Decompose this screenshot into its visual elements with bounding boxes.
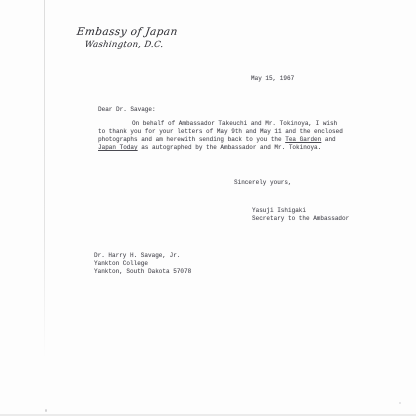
- underlined-publication-title: Tea Garden: [285, 136, 321, 143]
- body-line-4: Japan Today as autographed by the Ambass…: [98, 144, 343, 152]
- scan-artifact-speck: [45, 409, 47, 412]
- letterhead-city: Washington, D.C.: [84, 40, 164, 50]
- body-line-1: On behalf of Ambassador Takeuchi and Mr.…: [98, 120, 343, 128]
- body-text-segment: On behalf of Ambassador Takeuchi and Mr.…: [132, 120, 337, 127]
- recipient-city-state-zip: Yankton, South Dakota 57078: [94, 268, 191, 276]
- signature-name: Yasuji Ishigaki: [252, 207, 306, 215]
- body-line-3: photographs and am herewith sending back…: [98, 136, 343, 144]
- body-text-segment: to thank you for your letters of May 9th…: [98, 128, 343, 135]
- scan-artifact-speck: [399, 402, 401, 404]
- recipient-institution: Yankton College: [94, 260, 148, 268]
- letter-date: May 15, 1967: [251, 75, 294, 83]
- paper-edge-shadow: [44, 0, 45, 358]
- closing-line: Sincerely yours,: [234, 179, 292, 187]
- body-text-segment: photographs and am herewith sending back…: [98, 136, 285, 143]
- letterhead-embassy-name: Embassy of Japan: [76, 26, 178, 38]
- salutation-line: Dear Dr. Savage:: [98, 106, 156, 114]
- underlined-publication-title: Japan Today: [98, 144, 138, 151]
- recipient-name: Dr. Harry H. Savage, Jr.: [94, 252, 180, 260]
- signature-title: Secretary to the Ambassador: [252, 215, 349, 223]
- body-line-2: to thank you for your letters of May 9th…: [98, 128, 343, 136]
- body-text-segment: as autographed by the Ambassador and Mr.…: [138, 144, 322, 151]
- scanned-letter-page: Embassy of Japan Washington, D.C. May 15…: [0, 0, 416, 416]
- body-text-segment: and: [321, 136, 335, 143]
- letter-body: On behalf of Ambassador Takeuchi and Mr.…: [98, 120, 343, 152]
